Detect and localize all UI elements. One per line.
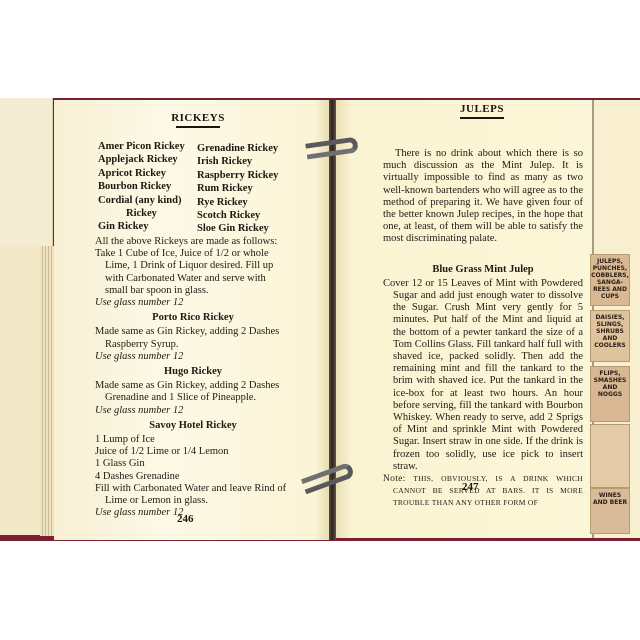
ingredient: 1 Lump of Ice [95, 434, 291, 446]
list-item: Cordial (any kind) [98, 194, 208, 207]
ingredient: Juice of 1/2 Lime or 1/4 Lemon [95, 446, 291, 458]
ingredient: 4 Dashes Grenadine [95, 471, 291, 483]
page-number-right: 247 [462, 481, 479, 493]
list-item: Grenadine Rickey [197, 142, 307, 155]
right-page-body: There is no drink about which there is s… [383, 148, 583, 510]
index-tab-juleps[interactable]: JULEPS, PUNCHES, COBBLERS, SANGA-REES AN… [590, 254, 630, 306]
left-page-heading: RICKEYS [168, 112, 228, 128]
rickey-method: Take 1 Cube of Ice, Juice of 1/2 or whol… [95, 248, 291, 297]
recipe-title: Hugo Rickey [95, 366, 291, 378]
list-item: Rum Rickey [197, 182, 307, 195]
list-item: Irish Rickey [197, 155, 307, 168]
recipe-title: Blue Grass Mint Julep [383, 264, 583, 276]
list-item: Apricot Rickey [98, 167, 208, 180]
index-tab-flips[interactable]: FLIPS, SMASHES AND NOGGS [590, 366, 630, 422]
page-edges [40, 246, 54, 536]
list-item: Applejack Rickey [98, 153, 208, 166]
list-item: Gin Rickey [98, 220, 208, 233]
glass-note: Use glass number 12 [95, 351, 291, 363]
recipe-title: Porto Rico Rickey [95, 312, 291, 324]
list-item: Sloe Gin Rickey [197, 222, 307, 235]
index-tab-wines[interactable]: WINES AND BEER [590, 488, 630, 534]
glass-note: Use glass number 12 [95, 405, 291, 417]
right-page-heading: JULEPS [452, 103, 512, 119]
list-item: Bourbon Rickey [98, 180, 208, 193]
index-tab-blank[interactable] [590, 424, 630, 488]
recipe-text: Made same as Gin Rickey, adding 2 Dashes… [95, 326, 291, 350]
rickey-list-col2: Grenadine Rickey Irish Rickey Raspberry … [197, 142, 307, 236]
recipe-text: Made same as Gin Rickey, adding 2 Dashes… [95, 380, 291, 404]
rickey-intro: All the above Rickeys are made as follow… [95, 236, 291, 248]
ingredient: Fill with Carbonated Water and leave Rin… [95, 483, 291, 507]
page-edge-step [0, 98, 53, 246]
left-page-body: All the above Rickeys are made as follow… [95, 236, 291, 522]
index-tab-daisies[interactable]: DAISIES, SLINGS, SHRUBS AND COOLERS [590, 310, 630, 362]
list-item: Raspberry Rickey [197, 169, 307, 182]
recipe-title: Savoy Hotel Rickey [95, 420, 291, 432]
note: Note: This, obviously, is a drink which … [383, 473, 583, 510]
ingredient: 1 Glass Gin [95, 458, 291, 470]
recipe-text: Cover 12 or 15 Leaves of Mint with Powde… [383, 278, 583, 473]
note-text: This, obviously, is a drink which cannot… [393, 474, 583, 507]
note-lead: Note: [383, 474, 406, 484]
glass-note: Use glass number 12 [95, 297, 291, 309]
list-item: Amer Picon Rickey [98, 140, 208, 153]
page-number-left: 246 [177, 513, 194, 525]
list-item: Scotch Rickey [197, 209, 307, 222]
list-item: Rickey [98, 207, 208, 220]
rickey-list-col1: Amer Picon Rickey Applejack Rickey Apric… [98, 140, 208, 234]
julep-intro: There is no drink about which there is s… [383, 148, 583, 246]
list-item: Rye Rickey [197, 196, 307, 209]
